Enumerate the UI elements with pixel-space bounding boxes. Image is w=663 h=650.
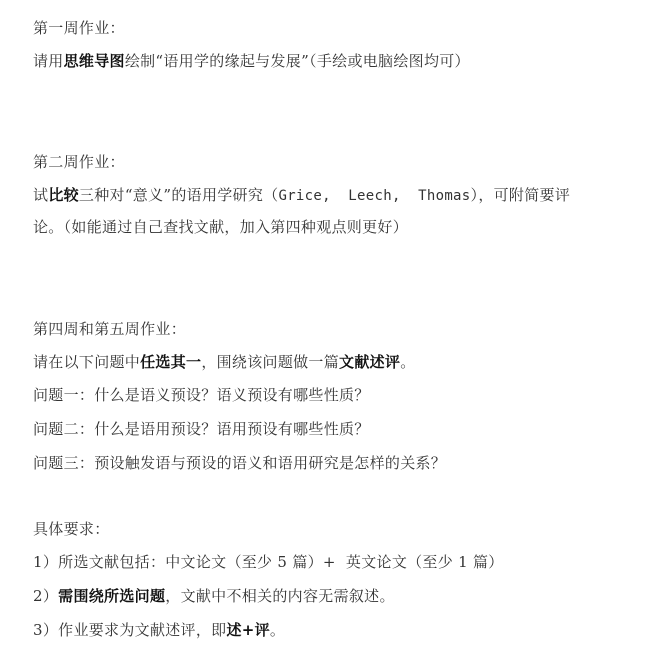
requirement-2-pre: 2） [33,587,58,605]
week2-task-names: Grice, Leech, Thomas [278,188,470,204]
week2-heading: 第二周作业： [33,152,125,172]
week2-task-line1: 试比较三种对“意义”的语用学研究（Grice, Leech, Thomas），可… [33,185,570,206]
question-1: 问题一：什么是语义预设？语义预设有哪些性质？ [33,385,370,405]
week45-instruction-pre: 请在以下问题中 [33,353,140,371]
requirement-2-post: ，文献中不相关的内容无需叙述。 [165,587,395,605]
requirement-3-pre: 3）作业要求为文献述评，即 [33,621,226,639]
requirement-2-bold: 需围绕所选问题 [58,587,165,605]
week45-instruction-bold1: 任选其一 [140,353,201,371]
week2-task-mid: 三种对“意义”的语用学研究（ [79,186,279,204]
week45-instruction-post: 。 [400,353,415,371]
week1-task-bold: 思维导图 [64,52,125,70]
week45-heading: 第四周和第五周作业： [33,319,186,339]
requirements-heading: 具体要求： [33,519,110,539]
question-2: 问题二：什么是语用预设？语用预设有哪些性质？ [33,419,370,439]
requirement-3: 3）作业要求为文献述评，即述+评。 [33,620,285,640]
requirement-3-bold: 述+评 [226,621,269,639]
week2-task-line2: 论。（如能通过自己查找文献，加入第四种观点则更好） [33,217,408,237]
requirement-1: 1）所选文献包括：中文论文（至少 5 篇）+ 英文论文（至少 1 篇） [33,552,504,572]
week1-heading: 第一周作业： [33,18,125,38]
week1-task-pre: 请用 [33,52,64,70]
week45-instruction: 请在以下问题中任选其一，围绕该问题做一篇文献述评。 [33,352,416,372]
requirement-2: 2）需围绕所选问题，文献中不相关的内容无需叙述。 [33,586,395,606]
week2-task-bold: 比较 [48,186,79,204]
week45-instruction-mid: ，围绕该问题做一篇 [201,353,339,371]
week1-task: 请用思维导图绘制“语用学的缘起与发展”（手绘或电脑绘图均可） [33,51,470,71]
week1-task-post: 绘制“语用学的缘起与发展”（手绘或电脑绘图均可） [125,52,470,70]
week2-task-post: ），可附简要评 [471,186,571,204]
question-3: 问题三：预设触发语与预设的语义和语用研究是怎样的关系？ [33,453,446,473]
requirement-3-post: 。 [270,621,285,639]
week2-task-pre: 试 [33,186,48,204]
week45-instruction-bold2: 文献述评 [339,353,400,371]
